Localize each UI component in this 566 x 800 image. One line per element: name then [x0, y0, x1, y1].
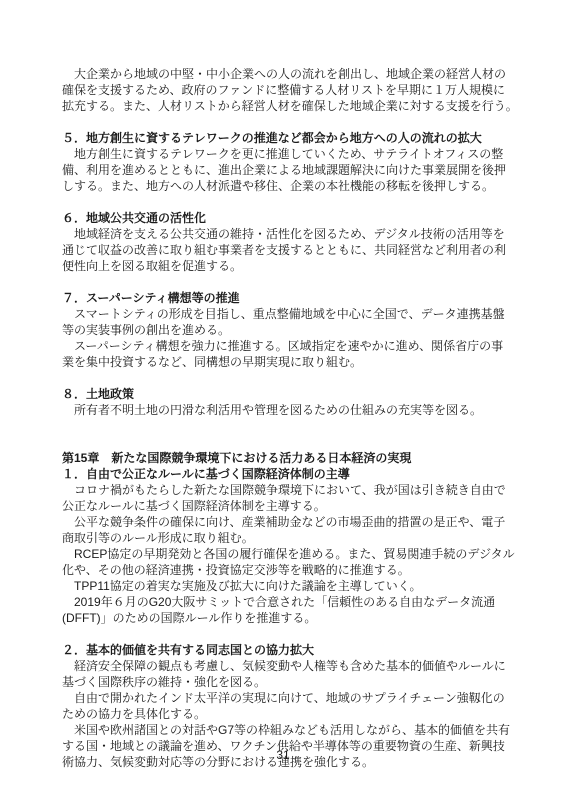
document-page: 大企業から地域の中堅・中小企業への人の流れを創出し、地域企業の経営人材の確保を支… — [0, 0, 566, 800]
section-heading: ２．基本的価値を共有する同志国との協力拡大 — [62, 642, 504, 658]
text-line: 2019年６月のG20大阪サミットで合意された「信頼性のある自由なデータ流通 — [62, 594, 504, 610]
text-line: 通じて収益の改善に取り組む事業者を支援するとともに、共同経営など利用者の利 — [62, 242, 504, 258]
text-line: 大企業から地域の中堅・中小企業への人の流れを創出し、地域企業の経営人材の — [62, 66, 504, 82]
text-line: 所有者不明土地の円滑な利活用や管理を図るための仕組みの充実等を図る。 — [62, 402, 504, 418]
text-line: 自由で開かれたインド太平洋の実現に向けて、地域のサプライチェーン強靱化の — [62, 690, 504, 706]
body-paragraph: スマートシティの形成を目指し、重点整備地域を中心に全国で、データ連携基盤等の実装… — [62, 306, 504, 370]
text-line: 商取引等のルール形成に取り組む。 — [62, 530, 504, 546]
body-paragraph: 地域経済を支える公共交通の維持・活性化を図るため、デジタル技術の活用等を通じて収… — [62, 226, 504, 274]
blank-line — [62, 114, 504, 130]
text-line: 地域経済を支える公共交通の維持・活性化を図るため、デジタル技術の活用等を — [62, 226, 504, 242]
text-line: ための協力を具体化する。 — [62, 706, 504, 722]
text-line: コロナ禍がもたらした新たな国際競争環境下において、我が国は引き続き自由で — [62, 482, 504, 498]
text-line: 公正なルールに基づく国際経済体制を主導する。 — [62, 498, 504, 514]
blank-line — [62, 626, 504, 642]
text-line: (DFFT)」のための国際ルール作りを推進する。 — [62, 610, 504, 626]
text-line: 公平な競争条件の確保に向け、産業補助金などの市場歪曲的措置の是正や、電子 — [62, 514, 504, 530]
body-paragraph: 大企業から地域の中堅・中小企業への人の流れを創出し、地域企業の経営人材の確保を支… — [62, 66, 504, 114]
text-line: RCEP協定の早期発効と各国の履行確保を進める。また、貿易関連手続のデジタル — [62, 546, 504, 562]
text-line: スマートシティの形成を目指し、重点整備地域を中心に全国で、データ連携基盤 — [62, 306, 504, 322]
section-heading: ８．土地政策 — [62, 386, 504, 402]
blank-line — [62, 274, 504, 290]
text-line: 業を集中投資するなど、同構想の早期実現に取り組む。 — [62, 354, 504, 370]
body-paragraph: コロナ禍がもたらした新たな国際競争環境下において、我が国は引き続き自由で公正なル… — [62, 482, 504, 626]
text-line: 等の実装事例の創出を進める。 — [62, 322, 504, 338]
blank-line — [62, 418, 504, 434]
text-line: スーパーシティ構想を強力に推進する。区域指定を速やかに進め、関係省庁の事 — [62, 338, 504, 354]
section-heading: ７．スーパーシティ構想等の推進 — [62, 290, 504, 306]
body-paragraph: 地方創生に資するテレワークを更に推進していくため、サテライトオフィスの整備、利用… — [62, 146, 504, 194]
text-line: 経済安全保障の観点も考慮し、気候変動や人権等も含めた基本的価値やルールに — [62, 658, 504, 674]
text-line: 備、利用を進めるとともに、進出企業による地域課題解決に向けた事業展開を後押 — [62, 162, 504, 178]
chapter-heading: 第15章 新たな国際競争環境下における活力ある日本経済の実現 — [62, 450, 504, 466]
text-line: 確保を支援するため、政府のファンドに整備する人材リストを早期に１万人規模に — [62, 82, 504, 98]
body-paragraph: 所有者不明土地の円滑な利活用や管理を図るための仕組みの充実等を図る。 — [62, 402, 504, 418]
blank-line — [62, 370, 504, 386]
section-heading: １．自由で公正なルールに基づく国際経済体制の主導 — [62, 466, 504, 482]
text-line: 便性向上を図る取組を促進する。 — [62, 258, 504, 274]
text-line: しする。また、地方への人材派遣や移住、企業の本社機能の移転を後押しする。 — [62, 178, 504, 194]
text-line: TPP11協定の着実な実施及び拡大に向けた議論を主導していく。 — [62, 578, 504, 594]
section-heading: ５．地方創生に資するテレワークの推進など都会から地方への人の流れの拡大 — [62, 130, 504, 146]
text-line: 化や、その他の経済連携・投資協定交渉等を戦略的に推進する。 — [62, 562, 504, 578]
blank-line — [62, 194, 504, 210]
text-line: 米国や欧州諸国との対話やG7等の枠組みなども活用しながら、基本的価値を共有 — [62, 722, 504, 738]
section-heading: ６．地域公共交通の活性化 — [62, 210, 504, 226]
blank-line — [62, 434, 504, 450]
text-line: 基づく国際秩序の維持・強化を図る。 — [62, 674, 504, 690]
text-line: 拡充する。また、人材リストから経営人材を確保した地域企業に対する支援を行う。 — [62, 98, 504, 114]
page-number: 31 — [0, 748, 566, 762]
document-body: 大企業から地域の中堅・中小企業への人の流れを創出し、地域企業の経営人材の確保を支… — [62, 66, 504, 770]
text-line: 地方創生に資するテレワークを更に推進していくため、サテライトオフィスの整 — [62, 146, 504, 162]
